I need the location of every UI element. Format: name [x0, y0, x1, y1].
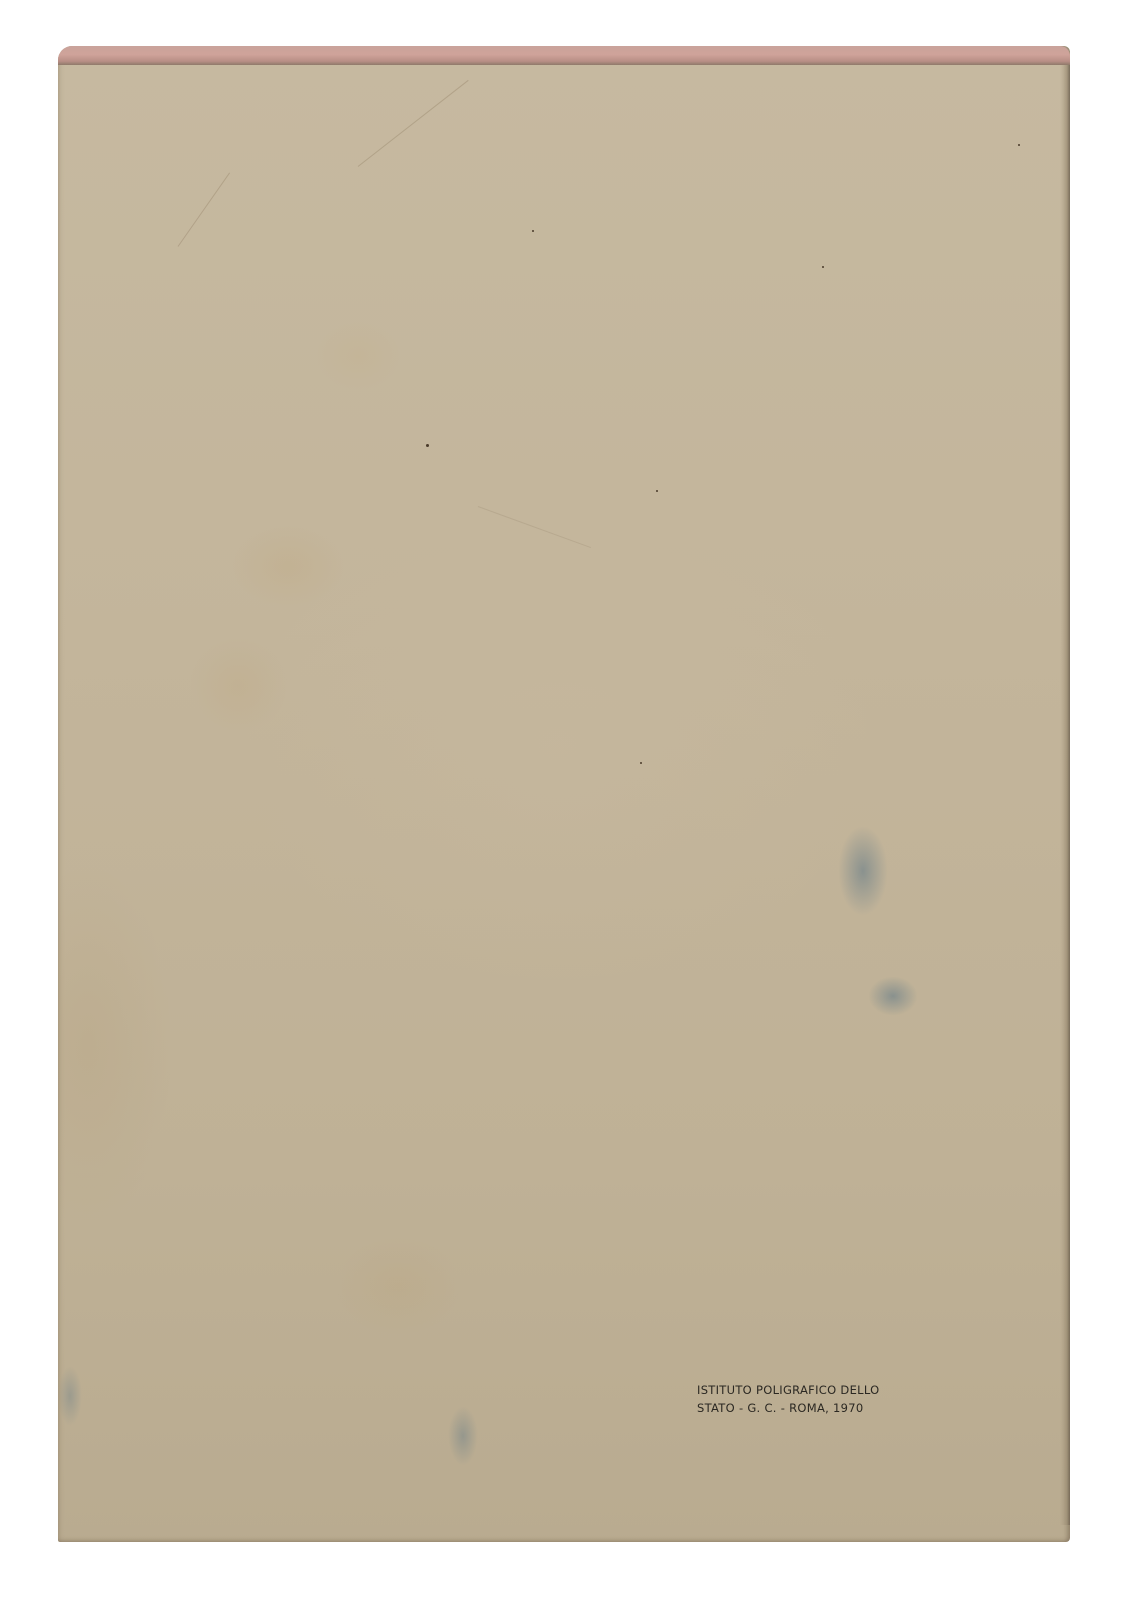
speck — [426, 444, 429, 447]
printer-imprint: ISTITUTO POLIGRAFICO DELLO STATO - G. C.… — [697, 1381, 880, 1417]
spine-band — [58, 46, 1070, 65]
ink-stain — [448, 1406, 478, 1466]
crease — [358, 80, 469, 167]
crease — [478, 506, 591, 548]
speck — [640, 762, 642, 764]
ink-stain — [868, 976, 918, 1016]
imprint-line-1: ISTITUTO POLIGRAFICO DELLO — [697, 1381, 880, 1399]
back-cover — [58, 46, 1070, 1542]
speck — [656, 490, 658, 492]
crease — [178, 172, 230, 246]
speck — [1018, 144, 1020, 146]
ink-stain — [58, 1366, 82, 1426]
speck — [822, 266, 824, 268]
cover-right-edge — [1060, 65, 1070, 1525]
ink-stain — [838, 826, 888, 916]
scan-background: ISTITUTO POLIGRAFICO DELLO STATO - G. C.… — [0, 0, 1142, 1600]
speck — [532, 230, 534, 232]
imprint-line-2: STATO - G. C. - ROMA, 1970 — [697, 1399, 880, 1417]
